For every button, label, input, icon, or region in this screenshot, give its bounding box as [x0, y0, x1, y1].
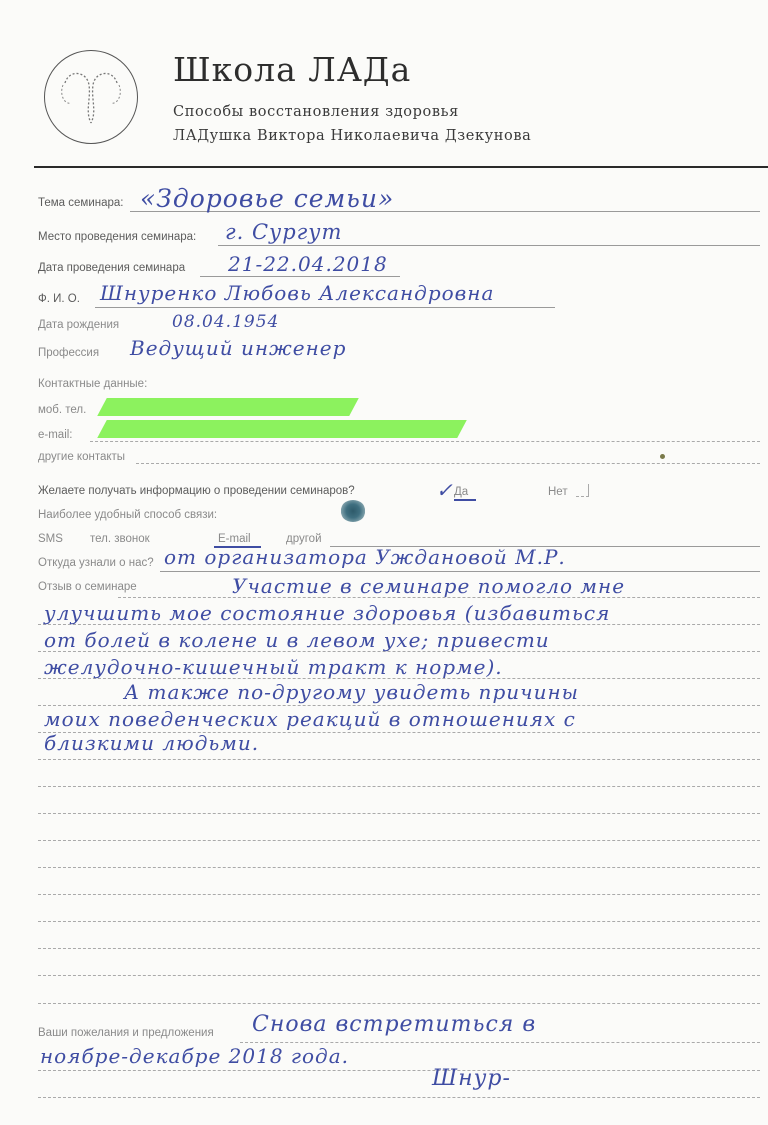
ink-blot — [340, 500, 366, 522]
seminar-place-label: Место проведения семинара: — [38, 231, 196, 243]
full-name-label: Ф. И. О. — [38, 293, 80, 305]
check-mark-icon: ✓ — [436, 478, 453, 502]
review-text-line[interactable]: желудочно-кишечный тракт к норме). — [44, 655, 503, 679]
wishes-line — [38, 1070, 760, 1071]
review-line — [38, 705, 760, 706]
review-text-line[interactable]: улучшить мое состояние здоровья (избавит… — [44, 601, 610, 625]
wishes-line — [240, 1042, 760, 1043]
wishes-text-line[interactable]: Снова встретиться в — [252, 1012, 536, 1037]
email-redaction — [97, 420, 467, 438]
wishes-line — [38, 1097, 760, 1098]
blank-line — [38, 867, 760, 868]
contact-option-phone[interactable]: тел. звонок — [90, 533, 150, 545]
contact-option-other[interactable]: другой — [286, 533, 322, 545]
blank-line — [38, 840, 760, 841]
ink-speck — [660, 454, 665, 459]
rams-heads-emblem-icon — [45, 51, 137, 143]
school-logo — [44, 50, 138, 144]
review-text-line[interactable]: А также по-другому увидеть причины — [124, 680, 579, 704]
school-subtitle-line-2: ЛАДушка Виктора Николаевича Дзекунова — [173, 128, 531, 144]
review-text-line[interactable]: Участие в семинаре помогло мне — [232, 574, 625, 598]
school-title: Школа ЛАДа — [173, 50, 411, 89]
contacts-heading: Контактные данные: — [38, 378, 147, 390]
blank-line — [38, 975, 760, 976]
blank-line — [38, 921, 760, 922]
seminar-date-value[interactable]: 21-22.04.2018 — [228, 252, 388, 276]
wishes-text-line[interactable]: ноябре-декабре 2018 года. — [40, 1044, 349, 1068]
review-label: Отзыв о семинаре — [38, 581, 137, 593]
signature: Шнур- — [432, 1066, 511, 1091]
blank-line — [38, 948, 760, 949]
preferred-contact-label: Наиболее удобный способ связи: — [38, 509, 217, 521]
source-line — [160, 571, 760, 572]
school-subtitle-line-1: Способы восстановления здоровья — [173, 104, 459, 120]
review-line — [38, 759, 760, 760]
full-name-line — [95, 307, 555, 308]
seminar-topic-value[interactable]: «Здоровье семьи» — [140, 184, 394, 213]
mobile-label: моб. тел. — [38, 404, 86, 416]
birth-date-value[interactable]: 08.04.1954 — [172, 312, 279, 332]
seminar-place-value[interactable]: г. Сургут — [225, 220, 342, 244]
blank-line — [38, 786, 760, 787]
header-divider — [34, 166, 768, 168]
seminar-topic-label: Тема семинара: — [38, 197, 123, 209]
contact-option-sms[interactable]: SMS — [38, 533, 63, 545]
subscribe-no-checkbox[interactable] — [576, 484, 589, 497]
review-text-line[interactable]: моих поведенческих реакций в отношениях … — [44, 707, 576, 731]
subscribe-question: Желаете получать информацию о проведении… — [38, 485, 355, 497]
full-name-value[interactable]: Шнуренко Любовь Александровна — [100, 281, 494, 305]
subscribe-yes-option[interactable]: Да — [454, 486, 476, 501]
other-contacts-label: другие контакты — [38, 451, 125, 463]
blank-line — [38, 813, 760, 814]
seminar-feedback-form: Школа ЛАДа Способы восстановления здоров… — [0, 0, 768, 1125]
source-label: Откуда узнали о нас? — [38, 557, 154, 569]
source-value[interactable]: от организатора Уждановой М.Р. — [164, 545, 566, 569]
email-line — [90, 441, 760, 442]
email-label: e-mail: — [38, 429, 73, 441]
seminar-date-line — [200, 276, 400, 277]
subscribe-no-option[interactable]: Нет — [548, 486, 568, 498]
profession-value[interactable]: Ведущий инженер — [130, 336, 346, 360]
mobile-redaction — [97, 398, 359, 416]
review-text-line[interactable]: от болей в колене и в левом ухе; привест… — [44, 628, 550, 652]
birth-date-label: Дата рождения — [38, 319, 119, 331]
wishes-label: Ваши пожелания и предложения — [38, 1027, 214, 1039]
other-contacts-line[interactable] — [136, 463, 760, 464]
blank-line — [38, 894, 760, 895]
seminar-date-label: Дата проведения семинара — [38, 262, 185, 274]
blank-line — [38, 1003, 760, 1004]
seminar-place-line — [218, 245, 760, 246]
profession-label: Профессия — [38, 347, 99, 359]
review-text-line[interactable]: близкими людьми. — [44, 731, 259, 755]
